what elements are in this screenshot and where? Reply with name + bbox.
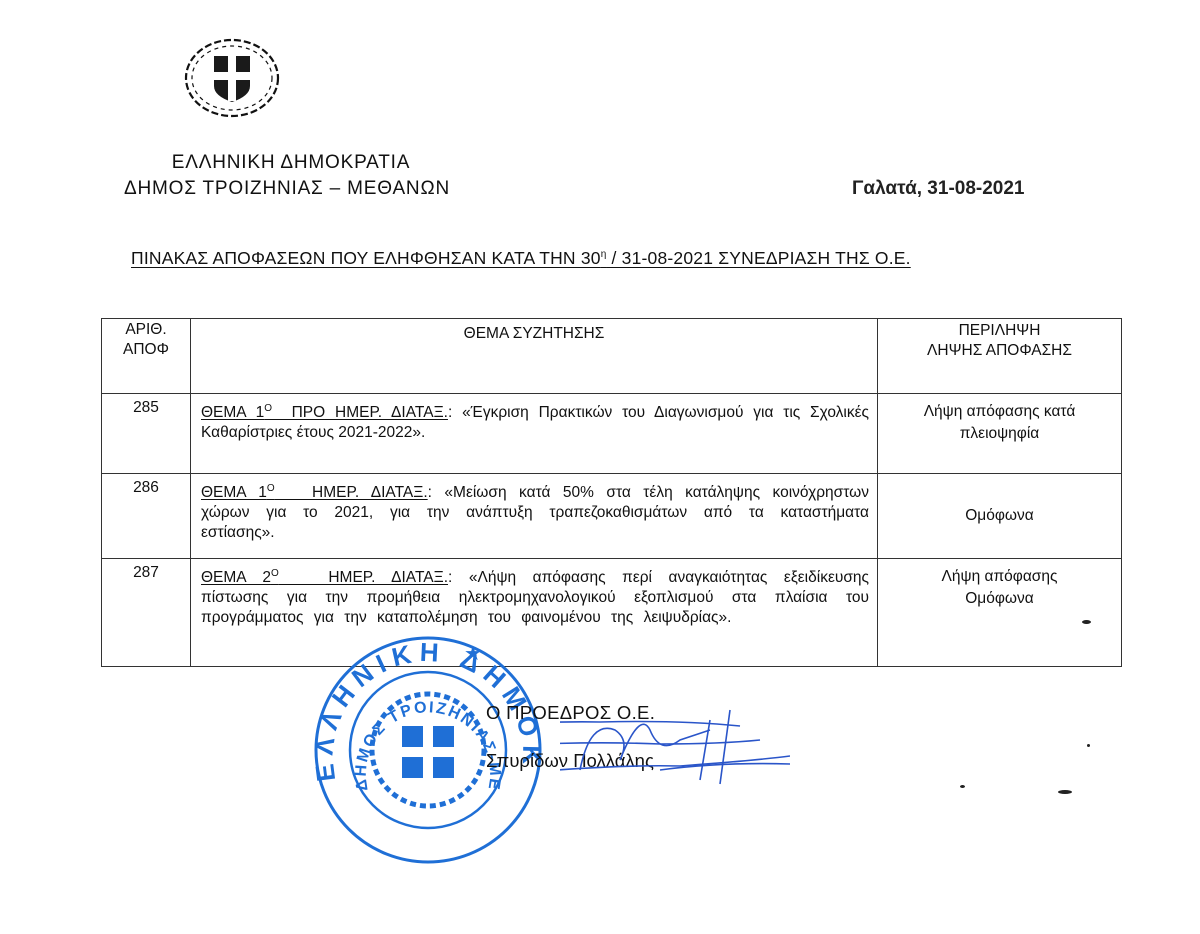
title-prefix: ΠΙΝΑΚΑΣ ΑΠΟΦΑΣΕΩΝ ΠΟΥ ΕΛΗΦΘΗΣΑΝ ΚΑΤΑ ΤΗΝ…: [131, 248, 601, 268]
topic-label: ΘΕΜΑ 1Ο ΠΡΟ ΗΜΕΡ. ΔΙΑΤΑΞ.: [201, 404, 448, 421]
table-row: 287 ΘΕΜΑ 2Ο ΗΜΕΡ. ΔΙΑΤΑΞ.: «Λήψη απόφαση…: [102, 559, 1122, 667]
header-number-line2: ΑΠΟΦ: [102, 340, 190, 360]
decision-subject: ΘΕΜΑ 1Ο ΗΜΕΡ. ΔΙΑΤΑΞ.: «Μείωση κατά 50% …: [191, 474, 878, 559]
decisions-table: ΑΡΙΘ. ΑΠΟΦ ΘΕΜΑ ΣΥΖΗΤΗΣΗΣ ΠΕΡΙΛΗΨΗ ΛΗΨΗΣ…: [101, 318, 1122, 667]
header-number-line1: ΑΡΙΘ.: [102, 320, 190, 340]
header-decision-number: ΑΡΙΘ. ΑΠΟΦ: [102, 319, 191, 394]
decision-number: 285: [102, 394, 191, 474]
scan-speck: [1087, 744, 1090, 747]
decision-result: Ομόφωνα: [878, 474, 1122, 559]
country-name: ΕΛΛΗΝΙΚΗ ΔΗΜΟΚΡΑΤΙΑ: [102, 150, 472, 176]
header-summary: ΠΕΡΙΛΗΨΗ ΛΗΨΗΣ ΑΠΟΦΑΣΗΣ: [878, 319, 1122, 394]
result-line1: Λήψη απόφασης: [879, 566, 1120, 588]
municipality-name: ΔΗΜΟΣ ΤΡΟΙΖΗΝΙΑΣ – ΜΕΘΑΝΩΝ: [102, 176, 472, 202]
table-row: 285 ΘΕΜΑ 1Ο ΠΡΟ ΗΜΕΡ. ΔΙΑΤΑΞ.: «Έγκριση …: [102, 394, 1122, 474]
handwritten-signature-icon: [560, 700, 790, 790]
greek-coat-of-arms-icon: [180, 36, 284, 120]
decision-result: Λήψη απόφασης Ομόφωνα: [878, 559, 1122, 667]
svg-text:★: ★: [464, 641, 482, 665]
result-line1: Ομόφωνα: [879, 505, 1120, 527]
result-line2: Ομόφωνα: [879, 588, 1120, 610]
scan-speck: [960, 785, 965, 788]
table-header-row: ΑΡΙΘ. ΑΠΟΦ ΘΕΜΑ ΣΥΖΗΤΗΣΗΣ ΠΕΡΙΛΗΨΗ ΛΗΨΗΣ…: [102, 319, 1122, 394]
header-subject: ΘΕΜΑ ΣΥΖΗΤΗΣΗΣ: [191, 319, 878, 394]
header-summary-line2: ΛΗΨΗΣ ΑΠΟΦΑΣΗΣ: [878, 341, 1121, 361]
decision-number: 287: [102, 559, 191, 667]
header-summary-line1: ΠΕΡΙΛΗΨΗ: [878, 321, 1121, 341]
decision-result: Λήψη απόφασης κατά πλειοψηφία: [878, 394, 1122, 474]
decision-subject: ΘΕΜΑ 1Ο ΠΡΟ ΗΜΕΡ. ΔΙΑΤΑΞ.: «Έγκριση Πρακ…: [191, 394, 878, 474]
table-row: 286 ΘΕΜΑ 1Ο ΗΜΕΡ. ΔΙΑΤΑΞ.: «Μείωση κατά …: [102, 474, 1122, 559]
topic-label: ΘΕΜΑ 2Ο ΗΜΕΡ. ΔΙΑΤΑΞ.: [201, 569, 448, 586]
issuer-block: ΕΛΛΗΝΙΚΗ ΔΗΜΟΚΡΑΤΙΑ ΔΗΜΟΣ ΤΡΟΙΖΗΝΙΑΣ – Μ…: [102, 150, 472, 202]
scan-speck: [1058, 790, 1072, 794]
place-date: Γαλατά, 31-08-2021: [852, 178, 1025, 200]
title-suffix: / 31-08-2021 ΣΥΝΕΔΡΙΑΣΗ ΤΗΣ Ο.Ε.: [606, 248, 910, 268]
result-line1: Λήψη απόφασης κατά: [879, 401, 1120, 423]
document-title: ΠΙΝΑΚΑΣ ΑΠΟΦΑΣΕΩΝ ΠΟΥ ΕΛΗΦΘΗΣΑΝ ΚΑΤΑ ΤΗΝ…: [131, 248, 911, 269]
scan-speck: [1082, 620, 1091, 624]
decision-number: 286: [102, 474, 191, 559]
result-line2: πλειοψηφία: [879, 423, 1120, 445]
topic-label: ΘΕΜΑ 1Ο ΗΜΕΡ. ΔΙΑΤΑΞ.: [201, 484, 428, 501]
